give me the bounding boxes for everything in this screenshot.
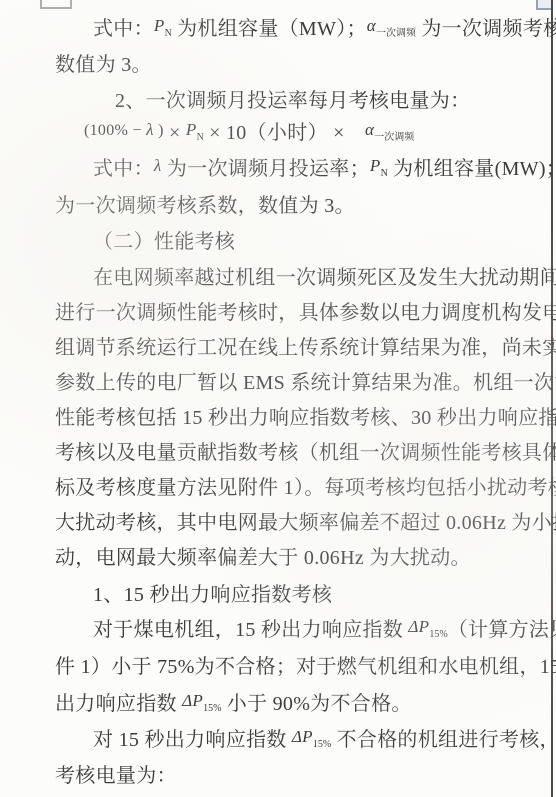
text-line: 件 1）小于 75%为不合格；对于燃气机组和水电机组，15 秒 (55, 654, 556, 680)
text-line: 出力响应指数 ΔP15% 小于 90%为不合格。 (55, 691, 412, 721)
text-segment: 组调节系统运行工况在线上传系统计算结果为准，尚未实施 (55, 337, 556, 359)
text-segment: 对于煤电机组，15 秒出力响应指数 (93, 619, 408, 641)
subscript-text: 一次调频 (376, 28, 416, 39)
text-segment: 件 1）小于 75%为不合格；对于燃气机组和水电机组，15 秒 (55, 656, 556, 678)
subscript-text: N (381, 168, 388, 179)
text-line: 数值为 3。 (55, 52, 152, 78)
text-segment: × 10（小时） × (204, 122, 365, 144)
text-line: 式中：λ 为一次调频月投运率；PN 为机组容量(MW)；α一次调频 (93, 156, 556, 186)
formula-variable: ΔP (182, 691, 203, 710)
text-line: 2、一次调频月投运率每月考核电量为： (115, 88, 470, 114)
text-segment: 为一次调频考核系数， (416, 18, 556, 40)
text-line: （二）性能考核 (93, 229, 235, 255)
text-segment: （计算方法见附 (448, 619, 556, 641)
formula-variable: λ (154, 156, 162, 175)
formula-variable: α (365, 120, 374, 139)
subscript-text: 15% (313, 739, 331, 750)
text-segment: × (164, 122, 186, 144)
text-segment: 数值为 3。 (55, 54, 152, 76)
text-line: 为一次调频考核系数，数值为 3。 (55, 193, 355, 219)
text-line: 标及考核度量方法见附件 1）。每项考核均包括小扰动考核和 (55, 475, 556, 501)
text-segment: 参数上传的电厂暂以 EMS 系统计算结果为准。机组一次调频 (55, 372, 556, 394)
formula-variable: P (186, 120, 197, 139)
text-line: 在电网频率越过机组一次调频死区及发生大扰动期间 (93, 265, 556, 291)
subscript-text: 一次调频 (374, 132, 414, 143)
text-segment: 为机组容量（MW）； (172, 18, 367, 40)
document-page: 式中：PN 为机组容量（MW）；α一次调频 为一次调频考核系数，数值为 3。2、… (0, 0, 556, 797)
text-segment: 考核以及电量贡献指数考核（机组一次调频性能考核具体指 (55, 442, 556, 464)
text-segment: (100% − (84, 122, 146, 139)
subscript-text: 15% (203, 703, 221, 714)
text-line: 动，电网最大频率偏差大于 0.06Hz 为大扰动。 (55, 545, 471, 571)
text-segment: 考核电量为： (55, 765, 177, 787)
text-segment: 小于 90%为不合格。 (221, 693, 411, 715)
text-segment: 式中： (93, 158, 154, 180)
subscript-text: N (197, 132, 204, 143)
text-segment: 2、一次调频月投运率每月考核电量为： (115, 90, 470, 112)
text-line: 参数上传的电厂暂以 EMS 系统计算结果为准。机组一次调频 (55, 370, 556, 396)
text-segment: 出力响应指数 (55, 693, 182, 715)
text-segment: 进行一次调频性能考核时，具体参数以电力调度机构发电机 (55, 302, 556, 324)
text-segment: 为一次调频月投运率； (162, 158, 370, 180)
formula-variable: P (154, 16, 165, 35)
text-line: 1、15 秒出力响应指数考核 (93, 582, 332, 608)
formula-variable: α (367, 16, 376, 35)
formula-variable: λ (146, 120, 154, 139)
subscript-text: 15% (429, 629, 447, 640)
text-line: 考核以及电量贡献指数考核（机组一次调频性能考核具体指 (55, 440, 556, 466)
text-segment: 对 15 秒出力响应指数 (93, 729, 292, 751)
text-segment: 为一次调频考核系数，数值为 3。 (55, 195, 355, 217)
text-segment: 标及考核度量方法见附件 1）。每项考核均包括小扰动考核和 (55, 477, 556, 499)
text-segment: 1、15 秒出力响应指数考核 (93, 584, 332, 606)
text-segment: 在电网频率越过机组一次调频死区及发生大扰动期间 (93, 267, 556, 289)
text-segment: 性能考核包括 15 秒出力响应指数考核、30 秒出力响应指数 (55, 407, 556, 429)
text-segment: 为机组容量(MW)； (388, 158, 556, 180)
text-segment: 大扰动考核，其中电网最大频率偏差不超过 0.06Hz 为小扰 (55, 512, 556, 534)
text-line: 考核电量为： (55, 763, 177, 789)
subscript-text: N (165, 28, 172, 39)
text-line: (100% − λ ) × PN × 10（小时） × α一次调频 (84, 120, 414, 150)
text-line: 性能考核包括 15 秒出力响应指数考核、30 秒出力响应指数 (55, 405, 556, 431)
formula-variable: ΔP (292, 727, 313, 746)
text-line: 式中：PN 为机组容量（MW）；α一次调频 为一次调频考核系数， (93, 16, 556, 46)
text-line: 进行一次调频性能考核时，具体参数以电力调度机构发电机 (55, 300, 556, 326)
text-segment: 动，电网最大频率偏差大于 0.06Hz 为大扰动。 (55, 547, 471, 569)
text-line: 对于煤电机组，15 秒出力响应指数 ΔP15%（计算方法见附 (93, 617, 556, 647)
text-line: 组调节系统运行工况在线上传系统计算结果为准，尚未实施 (55, 335, 556, 361)
formula-variable: P (370, 156, 381, 175)
formula-variable: ΔP (408, 617, 429, 636)
text-segment: ) (154, 122, 164, 139)
text-line: 大扰动考核，其中电网最大频率偏差不超过 0.06Hz 为小扰 (55, 510, 556, 536)
text-segment: 不合格的机组进行考核，每月 (331, 729, 556, 751)
text-segment: 式中： (93, 18, 154, 40)
document-text: 式中：PN 为机组容量（MW）；α一次调频 为一次调频考核系数，数值为 3。2、… (0, 0, 556, 797)
text-segment: （二）性能考核 (93, 231, 235, 253)
text-line: 对 15 秒出力响应指数 ΔP15% 不合格的机组进行考核，每月 (93, 727, 556, 757)
